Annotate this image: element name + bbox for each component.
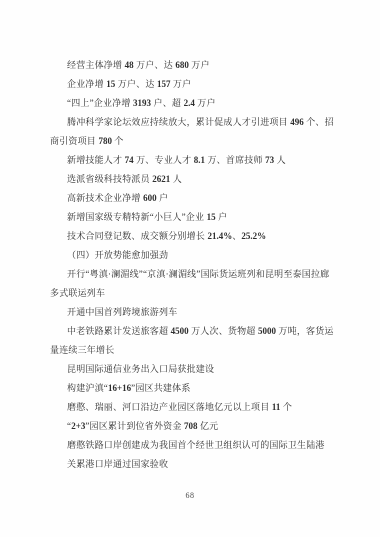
text-line: 选派省级科技特派员 2621 人 [50,170,340,189]
text-line: 昆明国际通信业务出入口局获批建设 [50,360,340,379]
text-line: 高新技术企业净增 600 户 [50,189,340,208]
text-line: “四上”企业净增 3193 户、超 2.4 万户 [50,94,340,113]
text-line: 量连续三年增长 [50,341,340,360]
text-line: 新增国家级专精特新“小巨人”企业 15 户 [50,208,340,227]
text-line: 开通中国首列跨境旅游列车 [50,303,340,322]
text-line: 中老铁路累计发送旅客超 4500 万人次、货物超 5000 万吨，客货运 [50,322,340,341]
document-body: 经营主体净增 48 万户、达 680 万户 企业净增 15 万户、达 157 万… [50,56,340,474]
text-line: 新增技能人才 74 万、专业人才 8.1 万、首席技师 73 人 [50,151,340,170]
text-line: 经营主体净增 48 万户、达 680 万户 [50,56,340,75]
text-line: 磨憨铁路口岸创建成为我国首个经世卫组织认可的国际卫生陆港 [50,436,340,455]
text-line: 磨憨、瑞丽、河口沿边产业园区落地亿元以上项目 11 个 [50,398,340,417]
text-line: “2+3”园区累计到位省外资金 708 亿元 [50,417,340,436]
section-heading: （四）开放势能愈加强劲 [50,246,340,265]
text-line: 商引资项目 780 个 [50,132,340,151]
text-line: 技术合同登记数、成交额分别增长 21.4%、25.2% [50,227,340,246]
text-line: 构建沪滇“16+16”园区共建体系 [50,379,340,398]
text-line: 关累港口岸通过国家验收 [50,455,340,474]
text-line: 开行“粤滇·澜湄线”“京滇·澜湄线”国际货运班列和昆明至泰国拉廊 [50,265,340,284]
text-line: 多式联运列车 [50,284,340,303]
text-line: 企业净增 15 万户、达 157 万户 [50,75,340,94]
page-number: 68 [0,491,380,500]
text-line: 腾冲科学家论坛效应持续放大，累计促成人才引进项目 496 个、招 [50,113,340,132]
document-page: 经营主体净增 48 万户、达 680 万户 企业净增 15 万户、达 157 万… [0,0,380,537]
